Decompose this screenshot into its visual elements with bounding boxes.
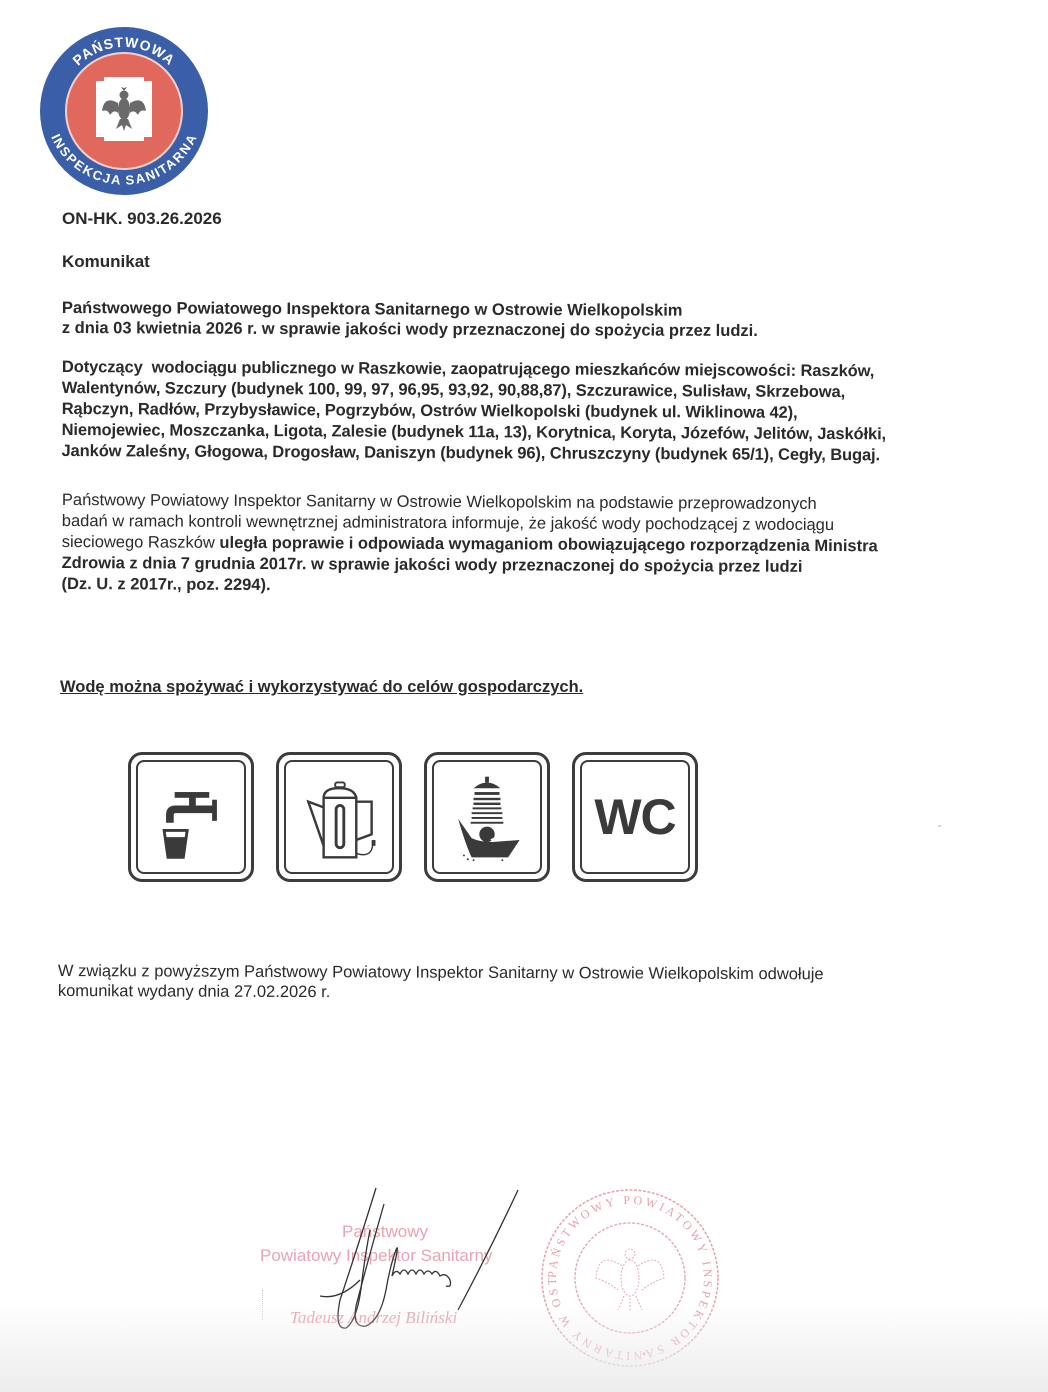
kettle-icon [291,769,387,865]
revocation-line: komunikat wydany dnia 27.02.2026 r. [58,981,918,1005]
pictogram-drinking [128,752,254,882]
reference-number: ON-HK. 903.26.2026 [62,209,222,229]
sanitary-inspection-logo: PAŃSTWOWA INSPEKCJA SANITARNA [38,25,210,197]
document-subject: Państwowego Powiatowego Inspektora Sanit… [62,298,758,341]
revocation-paragraph: W związku z powyższym Państwowy Powiatow… [58,961,918,1005]
body-line: (Dz. U. z 2017r., poz. 2294). [61,574,911,599]
verdict-statement: Wodę można spożywać i wykorzystywać do c… [60,677,583,697]
findings-paragraph: Państwowy Powiatowy Inspektor Sanitarny … [61,490,912,599]
pictogram-wc: WC [572,752,698,882]
bath-shower-icon [439,769,535,865]
document-heading: Komunikat [62,252,150,272]
document-page: PAŃSTWOWA INSPEKCJA SANITARNA ON-HK. 903… [0,0,1048,1392]
pictogram-bath [424,752,550,882]
usage-pictograms: WC [128,752,698,882]
body-text-bold: uległa poprawie i odpowiada wymaganiom o… [219,534,877,555]
pictogram-kettle [276,752,402,882]
subject-line: z dnia 03 kwietnia 2026 r. w sprawie jak… [62,318,758,341]
scan-artifact [938,825,941,827]
page-bottom-shadow [0,1302,1048,1392]
scope-line: Janków Zaleśny, Głogowa, Drogosław, Dani… [61,441,921,467]
drinking-tap-icon [143,769,239,865]
wc-icon: WC [594,788,675,846]
scope-paragraph: Dotyczący wodociągu publicznego w Raszko… [61,357,922,467]
body-text: sieciowego Raszków [62,533,220,552]
